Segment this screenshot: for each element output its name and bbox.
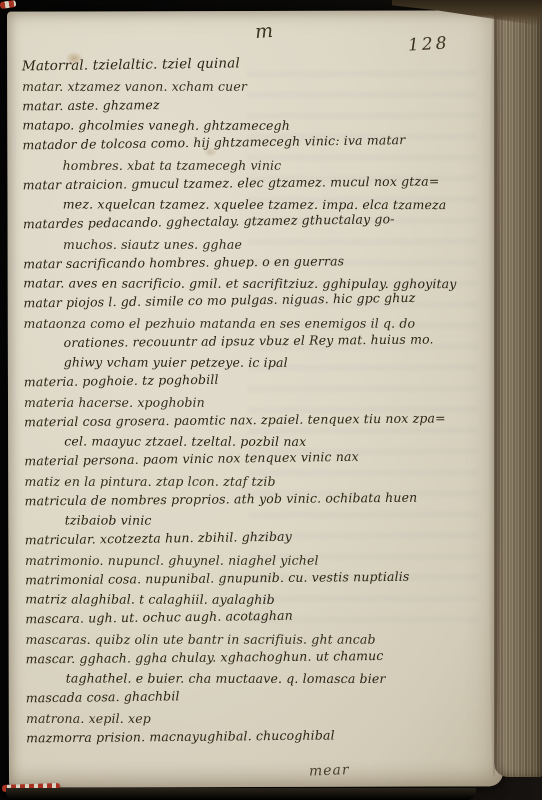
manuscript-line: matar atraicion. gmucul tzamez. elec gtz… — [23, 172, 491, 196]
entry-list: Matorral. tzielaltic. tziel quinalmatar.… — [22, 56, 494, 750]
manuscript-line: mazmorra prision. macnayughibal. chucogh… — [26, 725, 494, 749]
manuscript-line: matrimonial cosa. nupunibal. gnupunib. c… — [25, 567, 493, 591]
manuscript-line: matar. aste. ghzamez — [22, 93, 490, 117]
manuscript-line: mascar. gghach. ggha chulay. xghachoghun… — [25, 646, 493, 670]
manuscript-line: material cosa grosera. paomtic nax. zpai… — [24, 409, 492, 433]
endband-top-icon — [0, 0, 16, 9]
photo-background: m 128 Matorral. tzielaltic. tziel quinal… — [0, 0, 542, 800]
manuscript-line: matricula de nombres proprios. ath yob v… — [25, 488, 493, 512]
manuscript-line: orationes. recouuntr ad ipsuz vbuz el Re… — [24, 330, 492, 354]
section-letter: m — [254, 17, 315, 43]
manuscript-line: Matorral. tzielaltic. tziel quinal — [22, 52, 490, 78]
manuscript-line: matar sacrificando hombres. ghuep. o en … — [23, 251, 491, 275]
page-bottom-shadow — [6, 788, 476, 800]
manuscript-page: m 128 Matorral. tzielaltic. tziel quinal… — [7, 10, 503, 787]
book-fore-edge — [494, 7, 542, 777]
catchword: mear — [309, 762, 350, 780]
